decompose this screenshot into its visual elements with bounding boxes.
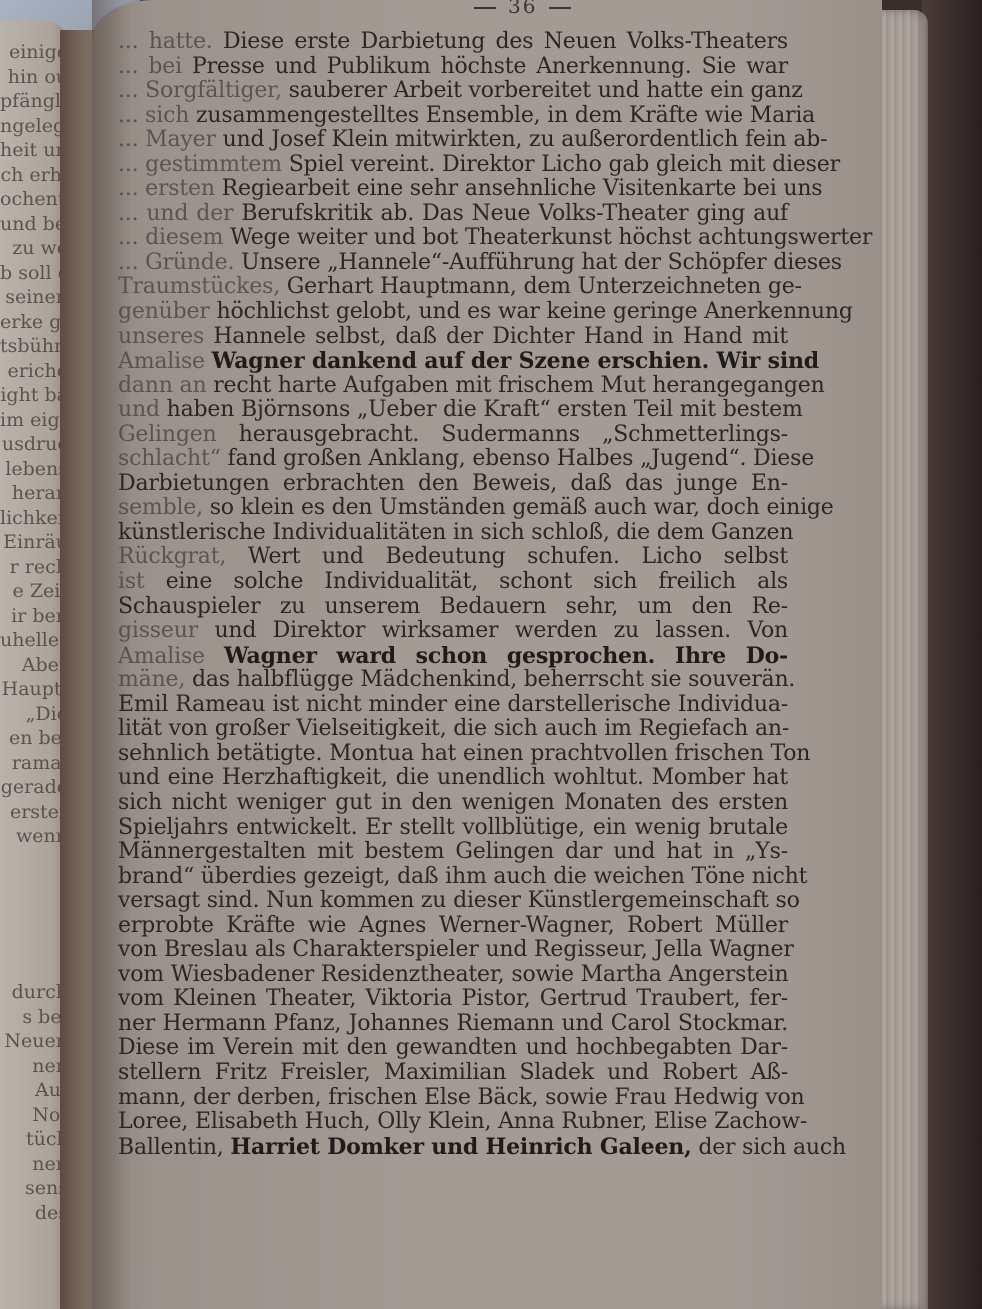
text-line: Männergestalten mit bestem Gelingen dar … <box>118 840 788 865</box>
line-text: Presse und Publikum höchste Anerkennung.… <box>192 54 788 79</box>
page-number-header: 36 <box>462 0 583 18</box>
text-line: ner Hermann Pfanz, Johannes Riemann und … <box>118 1012 788 1037</box>
text-line: schlacht“ fand großen Anklang, ebenso Ha… <box>118 447 788 472</box>
text-line: mäne, das halbflügge Mädchenkind, beherr… <box>118 668 788 693</box>
text-line: Gelingen herausgebracht. Sudermanns „Sch… <box>118 423 788 448</box>
margin-fragment: ... Gründe. <box>118 250 234 275</box>
line-text: vom Kleinen Theater, Viktoria Pistor, Ge… <box>118 986 788 1011</box>
text-line: versagt sind. Nun kommen zu dieser Künst… <box>118 889 788 914</box>
text-line: Traumstückes, Gerhart Hauptmann, dem Unt… <box>118 275 788 300</box>
line-text: haben Björnsons „Ueber die Kraft“ ersten… <box>167 397 803 422</box>
dash-right <box>549 7 571 9</box>
margin-fragment: Rückgrat, <box>118 544 226 569</box>
line-text: mann, der derben, frischen Else Bäck, so… <box>118 1085 805 1110</box>
text-line: Loree, Elisabeth Huch, Olly Klein, Anna … <box>118 1110 788 1135</box>
line-text: Berufskritik ab. Das Neue Volks-Theater … <box>241 201 788 226</box>
text-line: semble, so klein es den Umständen gemäß … <box>118 496 788 521</box>
text-line: lität von großer Vielseitigkeit, die sic… <box>118 717 788 742</box>
line-text: erprobte Kräfte wie Agnes Werner-Wagner,… <box>118 913 788 938</box>
background-dark <box>922 0 982 1309</box>
text-line: unseres Hannele selbst, daß der Dichter … <box>118 325 788 350</box>
text-line: Spieljahrs entwickelt. Er stellt vollblü… <box>118 816 788 841</box>
line-text: sehnlich betätigte. Montua hat einen pra… <box>118 741 810 766</box>
margin-fragment: ... und der <box>118 201 233 226</box>
margin-fragment: schlacht“ <box>118 446 221 471</box>
margin-fragment: ... bei <box>118 54 182 79</box>
line-text: das halbflügge Mädchenkind, beherrscht s… <box>192 667 795 692</box>
line-text: sich nicht weniger gut in den wenigen Mo… <box>118 790 788 815</box>
text-line: erprobte Kräfte wie Agnes Werner-Wagner,… <box>118 914 788 939</box>
margin-fragment: ... diesem <box>118 225 223 250</box>
line-text: herausgebracht. Sudermanns „Schmetterlin… <box>239 422 788 447</box>
margin-fragment: mäne, <box>118 667 185 692</box>
line-text: höchlichst gelobt, und es war keine geri… <box>216 299 852 324</box>
line-text: Wege weiter und bot Theaterkunst höchst … <box>230 225 872 250</box>
margin-fragment: genüber <box>118 299 210 324</box>
line-text: brand“ überdies gezeigt, daß ihm auch di… <box>118 864 807 889</box>
text-line: ... diesem Wege weiter und bot Theaterku… <box>118 226 788 251</box>
line-text: Ballentin, <box>118 1135 224 1160</box>
line-text: Hannele selbst, daß der Dichter Hand in … <box>213 324 788 349</box>
line-text: ner Hermann Pfanz, Johannes Riemann und … <box>118 1011 788 1036</box>
text-line: ... sich zusammengestelltes Ensemble, in… <box>118 104 788 129</box>
bold-text: Harriet Domker und Heinrich Galeen, <box>230 1134 691 1160</box>
text-line: dann an recht harte Aufgaben mit frische… <box>118 374 788 399</box>
text-line: von Breslau als Charakterspieler und Reg… <box>118 938 788 963</box>
margin-fragment: dann an <box>118 373 206 398</box>
text-line: Amalise Wagner dankend auf der Szene ers… <box>118 349 788 374</box>
margin-fragment: Traumstückes, <box>118 274 280 299</box>
text-line: und haben Björnsons „Ueber die Kraft“ er… <box>118 398 788 423</box>
text-line: Rückgrat, Wert und Bedeutung schufen. Li… <box>118 545 788 570</box>
text-line: Ballentin, Harriet Domker und Heinrich G… <box>118 1135 788 1160</box>
text-line: gisseur und Direktor wirksamer werden zu… <box>118 619 788 644</box>
text-line: ... gestimmtem Spiel vereint. Direktor L… <box>118 153 788 178</box>
margin-fragment: unseres <box>118 324 204 349</box>
margin-fragment: Amalise <box>118 644 205 669</box>
text-line: ... ersten Regiearbeit eine sehr ansehnl… <box>118 177 788 202</box>
text-line: ... hatte. Diese erste Darbietung des Ne… <box>118 30 788 55</box>
line-text: versagt sind. Nun kommen zu dieser Künst… <box>118 888 800 913</box>
text-line: ... und der Berufskritik ab. Das Neue Vo… <box>118 202 788 227</box>
line-text: Diese im Verein mit den gewandten und ho… <box>118 1035 788 1060</box>
margin-fragment: Gelingen <box>118 422 217 447</box>
line-text: recht harte Aufgaben mit frischem Mut he… <box>213 373 824 398</box>
line-text: und Direktor wirksamer werden zu lassen.… <box>214 618 788 643</box>
text-line: Darbietungen erbrachten den Beweis, daß … <box>118 472 788 497</box>
text-line: Schauspieler zu unserem Bedauern sehr, u… <box>118 595 788 620</box>
margin-fragment: ... ersten <box>118 176 215 201</box>
line-text: Spieljahrs entwickelt. Er stellt vollblü… <box>118 815 788 840</box>
line-text: und eine Herzhaftigkeit, die unendlich w… <box>118 765 788 790</box>
margin-fragment: semble, <box>118 495 203 520</box>
text-line: vom Wiesbadener Residenztheater, sowie M… <box>118 963 788 988</box>
margin-fragment: ... sich <box>118 103 189 128</box>
line-text-tail: der sich auch <box>698 1135 846 1160</box>
line-text: Unsere „Hannele“-Aufführung hat der Schö… <box>241 250 842 275</box>
text-line: ... bei Presse und Publikum höchste Aner… <box>118 55 788 80</box>
text-line: künstlerische Individualitäten in sich s… <box>118 521 788 546</box>
line-text: lität von großer Vielseitigkeit, die sic… <box>118 716 789 741</box>
text-line: sich nicht weniger gut in den wenigen Mo… <box>118 791 788 816</box>
line-text: von Breslau als Charakterspieler und Reg… <box>118 937 794 962</box>
body-text: ... hatte. Diese erste Darbietung des Ne… <box>118 30 788 1159</box>
line-text: und Josef Klein mitwirkten, zu außerorde… <box>223 127 828 152</box>
line-text: sauberer Arbeit vorbereitet und hatte ei… <box>289 78 803 103</box>
dash-left <box>474 7 496 9</box>
margin-fragment: ... Sorgfältiger, <box>118 78 282 103</box>
line-text: Loree, Elisabeth Huch, Olly Klein, Anna … <box>118 1109 807 1134</box>
margin-fragment: ... gestimmtem <box>118 152 282 177</box>
line-text: Darbietungen erbrachten den Beweis, daß … <box>118 471 788 496</box>
line-text: Regiearbeit eine sehr ansehnliche Visite… <box>222 176 823 201</box>
text-line: brand“ überdies gezeigt, daß ihm auch di… <box>118 865 788 890</box>
margin-fragment: ... Mayer <box>118 127 216 152</box>
text-line: und eine Herzhaftigkeit, die unendlich w… <box>118 766 788 791</box>
text-line: genüber höchlichst gelobt, und es war ke… <box>118 300 788 325</box>
text-line: ... Sorgfältiger, sauberer Arbeit vorber… <box>118 79 788 104</box>
margin-fragment: ... hatte. <box>118 29 213 54</box>
margin-fragment: und <box>118 397 160 422</box>
text-line: mann, der derben, frischen Else Bäck, so… <box>118 1086 788 1111</box>
line-text: zusammengestelltes Ensemble, in dem Kräf… <box>196 103 815 128</box>
line-text: so klein es den Umständen gemäß auch war… <box>210 495 834 520</box>
margin-fragment: ist <box>118 569 145 594</box>
text-line: Diese im Verein mit den gewandten und ho… <box>118 1036 788 1061</box>
line-text: fand großen Anklang, ebenso Halbes „Juge… <box>228 446 815 471</box>
line-text: Wert und Bedeutung schufen. Licho selbst <box>248 544 788 569</box>
page-number: 36 <box>508 0 537 18</box>
bold-text: Wagner dankend auf der Szene erschien. W… <box>212 348 819 374</box>
bold-text: Wagner ward schon gesprochen. Ihre Do- <box>224 643 788 669</box>
line-text: Männergestalten mit bestem Gelingen dar … <box>118 839 788 864</box>
text-line: ... Gründe. Unsere „Hannele“-Aufführung … <box>118 251 788 276</box>
line-text: Spiel vereint. Direktor Licho gab gleich… <box>289 152 840 177</box>
line-text: Gerhart Hauptmann, dem Unterzeichneten g… <box>287 274 802 299</box>
text-line: stellern Fritz Freisler, Maximilian Slad… <box>118 1061 788 1086</box>
line-text: Schauspieler zu unserem Bedauern sehr, u… <box>118 594 788 619</box>
line-text: künstlerische Individualitäten in sich s… <box>118 520 793 545</box>
text-line: ... Mayer und Josef Klein mitwirkten, zu… <box>118 128 788 153</box>
line-text: eine solche Individualität, schont sich … <box>166 569 788 594</box>
text-line: Emil Rameau ist nicht minder eine darste… <box>118 693 788 718</box>
text-line: sehnlich betätigte. Montua hat einen pra… <box>118 742 788 767</box>
text-line: ist eine solche Individualität, schont s… <box>118 570 788 595</box>
line-text: stellern Fritz Freisler, Maximilian Slad… <box>118 1060 788 1085</box>
text-line: vom Kleinen Theater, Viktoria Pistor, Ge… <box>118 987 788 1012</box>
line-text: Emil Rameau ist nicht minder eine darste… <box>118 692 788 717</box>
line-text: Diese erste Darbietung des Neuen Volks-T… <box>223 29 788 54</box>
text-line: Amalise Wagner ward schon gesprochen. Ih… <box>118 644 788 669</box>
margin-fragment: Amalise <box>118 349 205 374</box>
margin-fragment: gisseur <box>118 618 198 643</box>
line-text: vom Wiesbadener Residenztheater, sowie M… <box>118 962 789 987</box>
